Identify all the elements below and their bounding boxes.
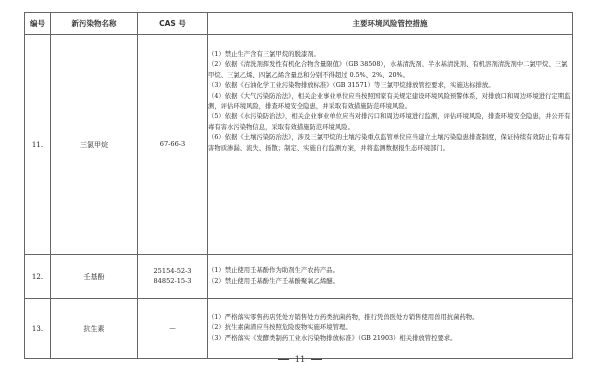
dash-left — [278, 359, 289, 360]
cas-number: — — [138, 299, 208, 359]
document-page: 编号 新污染物名称 CAS 号 主要环境风险管控措施 11. 三氯甲烷 67-6… — [0, 0, 600, 382]
measure-item: （3）严格落实《发酵类制药工业水污染物排放标准》（GB 21903）相关排放管控… — [208, 334, 572, 344]
measure-item: （2）抗生素菌渣应当按照危险废物实施环境管理。 — [208, 323, 572, 333]
cas-value: 84852-15-3 — [138, 277, 207, 287]
pollutant-risk-table: 编号 新污染物名称 CAS 号 主要环境风险管控措施 11. 三氯甲烷 67-6… — [24, 12, 573, 359]
measure-item: （1）禁止使用壬基酚作为助剂生产农药产品。 — [208, 266, 572, 276]
risk-measures: （1）严格落实零售药店凭处方销售处方药类抗菌药物，推行凭兽医处方销售使用兽用抗菌… — [208, 299, 573, 359]
header-risk-measures: 主要环境风险管控措施 — [208, 13, 573, 35]
cas-number: 25154-52-3 84852-15-3 — [138, 255, 208, 299]
pollutant-name: 壬基酚 — [51, 255, 138, 299]
dash-right — [311, 359, 322, 360]
header-cas-number: CAS 号 — [138, 13, 208, 35]
measure-item: （1）禁止生产含有三氯甲烷的脱漆剂。 — [208, 50, 572, 60]
table-header-row: 编号 新污染物名称 CAS 号 主要环境风险管控措施 — [25, 13, 573, 35]
row-number: 11. — [25, 35, 51, 255]
measure-item: （2）依据《清洗剂挥发性有机化合物含量限值》（GB 38508），水基清洗剂、半… — [208, 60, 572, 81]
row-number: 13. — [25, 299, 51, 359]
page-number: 11 — [295, 355, 306, 365]
pollutant-name: 抗生素 — [51, 299, 138, 359]
cas-value: 25154-52-3 — [138, 267, 207, 277]
page-footer: 11 — [0, 355, 600, 365]
risk-measures: （1）禁止生产含有三氯甲烷的脱漆剂。 （2）依据《清洗剂挥发性有机化合物含量限值… — [208, 35, 573, 255]
header-number: 编号 — [25, 13, 51, 35]
row-number: 12. — [25, 255, 51, 299]
risk-measures: （1）禁止使用壬基酚作为助剂生产农药产品。 （2）禁止使用壬基酚生产壬基酚聚氧乙… — [208, 255, 573, 299]
measure-item: （5）依据《水污染防治法》，相关企业事业单位应当对排污口和周边环境进行监测，评估… — [208, 112, 572, 133]
cas-number: 67-66-3 — [138, 35, 208, 255]
measure-item: （6）依据《土壤污染防治法》，涉及三氯甲烷的土壤污染重点监管单位应当建立土壤污染… — [208, 133, 572, 154]
measure-item: （1）严格落实零售药店凭处方销售处方药类抗菌药物，推行凭兽医处方销售使用兽用抗菌… — [208, 313, 572, 323]
table-row: 12. 壬基酚 25154-52-3 84852-15-3 （1）禁止使用壬基酚… — [25, 255, 573, 299]
table-row: 13. 抗生素 — （1）严格落实零售药店凭处方销售处方药类抗菌药物，推行凭兽医… — [25, 299, 573, 359]
measure-item: （3）依据《石油化学工业污染物排放标准》（GB 31571）等三氯甲烷排放管控要… — [208, 81, 572, 91]
cas-value: 67-66-3 — [160, 140, 185, 148]
measure-item: （4）依据《大气污染防治法》，相关企业事业单位应当按照国家有关规定建设环境风险预… — [208, 92, 572, 113]
cas-value: — — [169, 324, 176, 332]
measure-item: （2）禁止使用壬基酚生产壬基酚聚氧乙烯醚。 — [208, 277, 572, 287]
header-pollutant-name: 新污染物名称 — [51, 13, 138, 35]
table-row: 11. 三氯甲烷 67-66-3 （1）禁止生产含有三氯甲烷的脱漆剂。 （2）依… — [25, 35, 573, 255]
pollutant-name: 三氯甲烷 — [51, 35, 138, 255]
